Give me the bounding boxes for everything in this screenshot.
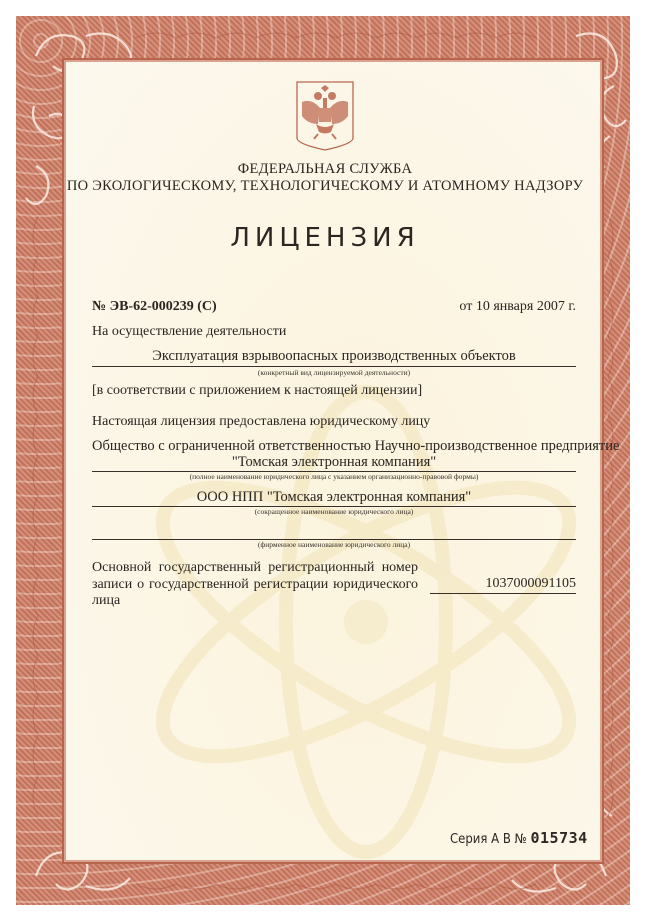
licensee-label: Настоящая лицензия предоставлена юридиче… — [92, 414, 430, 430]
activity-caption: (конкретный вид лицензируемой деятельнос… — [92, 368, 576, 377]
issue-date: от 10 января 2007 г. — [459, 299, 576, 315]
brand-name-caption: (фирменное наименование юридического лиц… — [92, 540, 576, 549]
activity-underline — [92, 366, 576, 367]
ogrn-label-line3: лица — [92, 593, 418, 610]
serial-value: 015734 — [530, 829, 587, 847]
short-name-caption: (сокращенное наименование юридического л… — [92, 507, 576, 516]
appendix-note: [в соответствии с приложением к настояще… — [92, 383, 422, 399]
agency-name-line2: ПО ЭКОЛОГИЧЕСКОМУ, ТЕХНОЛОГИЧЕСКОМУ И АТ… — [0, 178, 650, 195]
agency-name-line1: ФЕДЕРАЛЬНАЯ СЛУЖБА — [0, 161, 650, 178]
activity-value: Эксплуатация взрывоопасных производствен… — [92, 348, 576, 365]
document-title: ЛИЦЕНЗИЯ — [0, 223, 650, 253]
serial-label: Серия А В № — [450, 832, 527, 847]
ogrn-label: Основной государственный регистрационный… — [92, 560, 418, 610]
activity-label: На осуществление деятельности — [92, 324, 286, 340]
licensee-short-name: ООО НПП "Томская электронная компания" — [92, 489, 576, 506]
license-number: № ЭВ-62-000239 (С) — [92, 299, 217, 315]
licensee-full-name-line2: "Томская электронная компания" — [92, 454, 576, 471]
ogrn-label-line2: записи о государственной регистрации юри… — [92, 577, 418, 594]
ogrn-label-line1: Основной государственный регистрационный… — [92, 560, 418, 577]
russian-coat-of-arms-icon — [294, 80, 356, 152]
ogrn-value: 1037000091105 — [430, 576, 576, 592]
licensee-full-name-line1: Общество с ограниченной ответственностью… — [92, 438, 576, 455]
serial-number: Серия А В № 015734 — [450, 829, 588, 847]
ogrn-underline — [430, 593, 576, 594]
full-name-caption: (полное наименование юридического лица с… — [92, 472, 576, 481]
